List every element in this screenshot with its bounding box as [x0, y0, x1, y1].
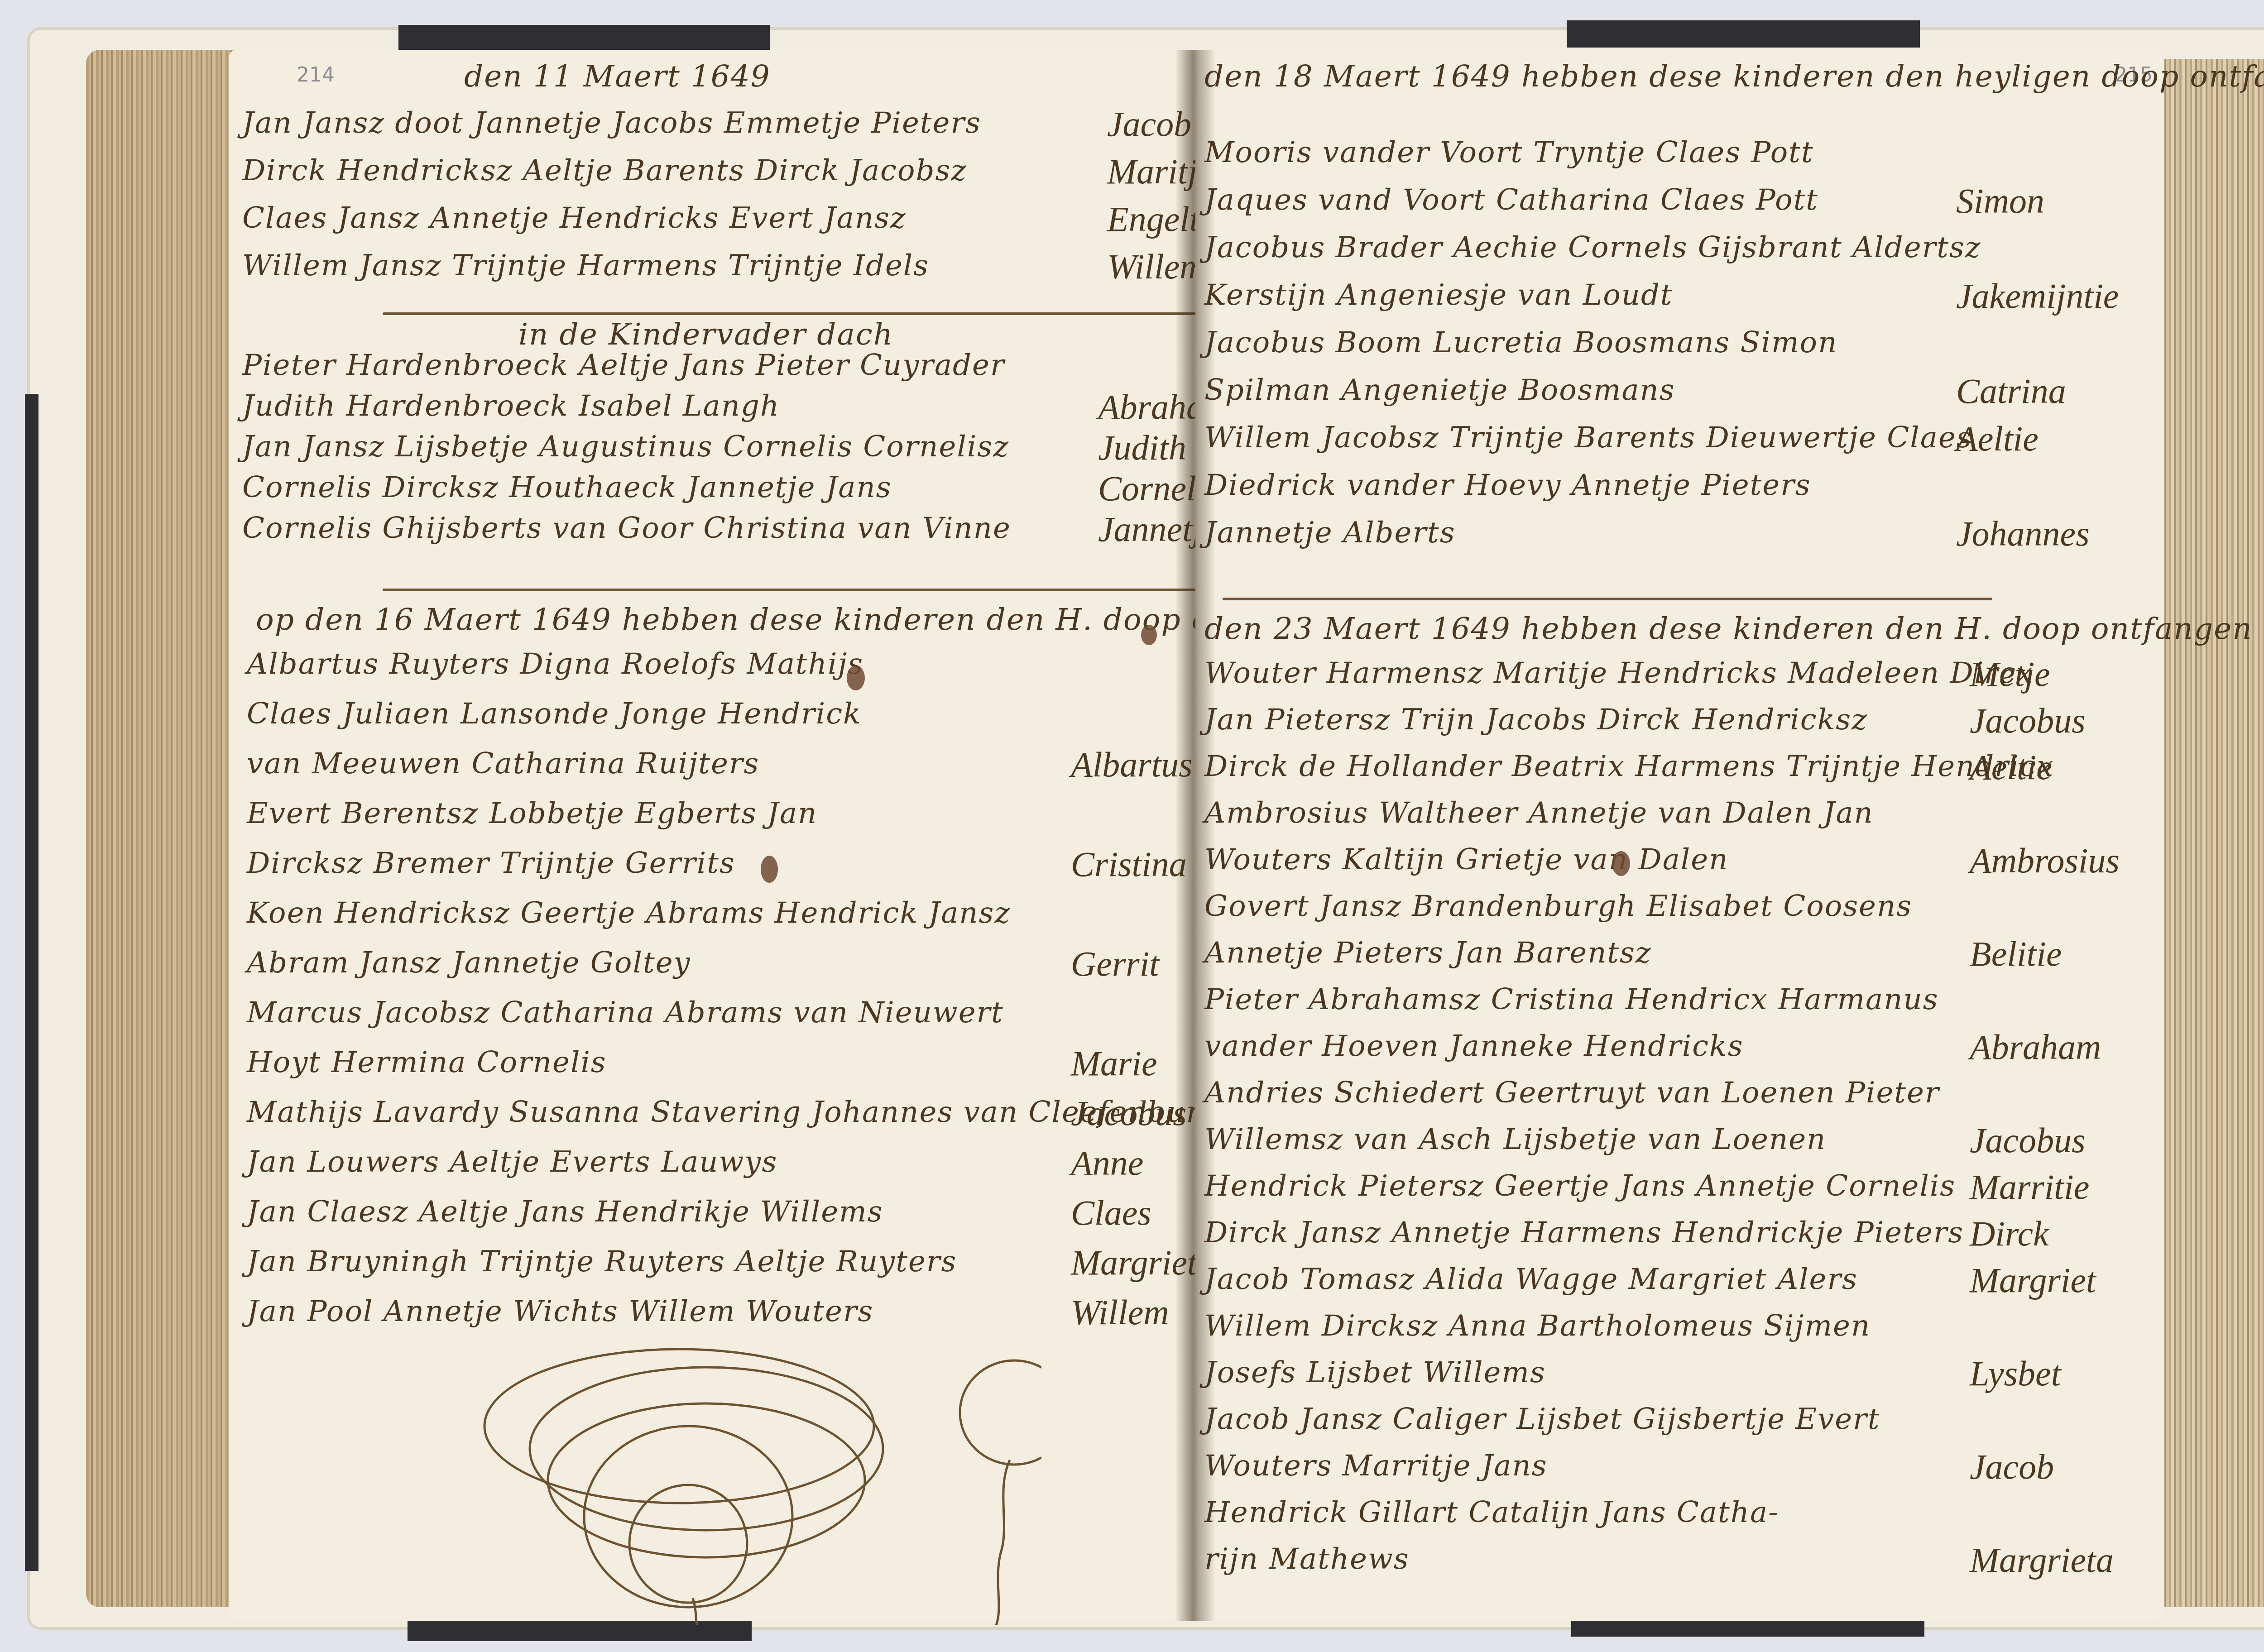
- baptismal-name: Metje: [1970, 654, 2050, 694]
- baptismal-name: Margrieta: [1970, 1540, 2114, 1580]
- register-entry: Jan Jansz Lijsbetje Augustinus Cornelis …: [242, 430, 1009, 464]
- section-date-header: den 23 Maert 1649 hebben dese kinderen d…: [1204, 611, 2253, 646]
- baptismal-name: Jacobus: [1970, 700, 2086, 741]
- register-entry: Jan Bruyningh Trijntje Ruyters Aeltje Ru…: [247, 1245, 957, 1279]
- register-entry: Willem Jacobsz Trijntje Barents Dieuwert…: [1204, 421, 1972, 455]
- register-entry: Jacobus Brader Aechie Cornels Gijsbrant …: [1204, 231, 1981, 264]
- register-entry: Evert Berentsz Lobbetje Egberts Jan: [247, 797, 817, 830]
- baptismal-name: Jacob: [1970, 1446, 2054, 1487]
- section-divider: [383, 589, 1198, 591]
- baptismal-name: Simon: [1956, 181, 2044, 221]
- register-entry: Jannetje Alberts: [1204, 516, 1456, 550]
- register-entry: Kerstijn Angeniesje van Loudt: [1204, 278, 1673, 312]
- baptismal-name: Belitie: [1970, 934, 2062, 974]
- register-entry: Willemsz van Asch Lijsbetje van Loenen: [1204, 1123, 1826, 1156]
- baptismal-name: Catrina: [1956, 371, 2066, 412]
- baptismal-name: Gerrit: [1071, 943, 1159, 984]
- register-entry: Koen Hendricksz Geertje Abrams Hendrick …: [247, 896, 1011, 930]
- pen-trial-spiral-doodle: [453, 1345, 1041, 1625]
- ink-stain: [761, 856, 778, 883]
- register-entry: Spilman Angenietje Boosmans: [1204, 373, 1675, 407]
- register-entry: Pieter Hardenbroeck Aeltje Jans Pieter C…: [242, 349, 1005, 382]
- baptismal-name: Marritie: [1970, 1167, 2089, 1207]
- baptismal-name: Marie: [1071, 1043, 1157, 1084]
- register-entry: Marcus Jacobsz Catharina Abrams van Nieu…: [247, 996, 1004, 1030]
- section-divider: [383, 312, 1198, 315]
- ink-stain: [1612, 851, 1630, 876]
- register-entry: Jan Pietersz Trijn Jacobs Dirck Hendrick…: [1204, 703, 1868, 737]
- baptismal-name: Lysbet: [1970, 1353, 2061, 1394]
- register-entry: Hoyt Hermina Cornelis: [247, 1046, 607, 1079]
- binding-strap-left-side: [25, 394, 38, 1571]
- baptismal-name: Willem: [1071, 1292, 1169, 1333]
- register-entry: Jacobus Boom Lucretia Boosmans Simon: [1204, 326, 1837, 359]
- binding-strap-top-left: [398, 25, 770, 52]
- page-number: 214: [297, 63, 335, 86]
- register-entry: Ambrosius Waltheer Annetje van Dalen Jan: [1204, 796, 1874, 830]
- register-entry: Mooris vander Voort Tryntje Claes Pott: [1204, 136, 1814, 169]
- register-entry: Dirck de Hollander Beatrix Harmens Trijn…: [1204, 750, 2054, 783]
- register-entry: Annetje Pieters Jan Barentsz: [1204, 936, 1652, 970]
- register-entry: Josefs Lijsbet Willems: [1204, 1356, 1546, 1389]
- baptismal-name: Aeltie: [1956, 418, 2039, 459]
- register-entry: Abram Jansz Jannetje Goltey: [247, 946, 691, 980]
- register-entry: Jacob Jansz Caliger Lijsbet Gijsbertje E…: [1204, 1403, 1880, 1436]
- register-entry: Pieter Abrahamsz Cristina Hendricx Harma…: [1204, 983, 1939, 1016]
- register-entry: Cornelis Dircksz Houthaeck Jannetje Jans: [242, 471, 892, 504]
- register-entry: Dircksz Bremer Trijntje Gerrits: [247, 847, 735, 880]
- section-date-header: den 18 Maert 1649 hebben dese kinderen d…: [1204, 59, 2264, 94]
- register-entry: Jaques vand Voort Catharina Claes Pott: [1204, 183, 1818, 217]
- register-entry: Wouters Kaltijn Grietje van Dalen: [1204, 843, 1728, 876]
- register-entry: Hendrick Pietersz Geertje Jans Annetje C…: [1204, 1169, 1956, 1203]
- page-edges-right: [2155, 59, 2264, 1607]
- register-entry: Govert Jansz Brandenburgh Elisabet Coose…: [1204, 890, 1912, 923]
- register-entry: Jan Louwers Aeltje Everts Lauwys: [247, 1145, 777, 1179]
- register-entry: Willem Dircksz Anna Bartholomeus Sijmen: [1204, 1309, 1871, 1343]
- section-date-header: den 11 Maert 1649: [464, 59, 771, 94]
- register-entry: Cornelis Ghijsberts van Goor Christina v…: [242, 512, 1011, 545]
- ink-stain: [1141, 625, 1157, 645]
- baptismal-name: Jacobus: [1970, 1120, 2086, 1161]
- register-entry: rijn Mathews: [1204, 1542, 1410, 1576]
- register-entry: Jan Jansz doot Jannetje Jacobs Emmetje P…: [242, 106, 981, 140]
- baptismal-name: Claes: [1071, 1192, 1151, 1233]
- register-entry: Dirck Jansz Annetje Harmens Hendrickje P…: [1204, 1216, 1964, 1250]
- baptismal-name: Albartus: [1071, 744, 1193, 785]
- baptismal-name: Judith: [1098, 427, 1186, 468]
- baptismal-name: Dirck: [1970, 1213, 2049, 1254]
- register-entry: Judith Hardenbroeck Isabel Langh: [242, 389, 780, 423]
- book-gutter: [1175, 50, 1216, 1621]
- register-entry: Wouters Marritje Jans: [1204, 1449, 1548, 1483]
- register-entry: vander Hoeven Janneke Hendricks: [1204, 1030, 1744, 1063]
- register-entry: Jan Claesz Aeltje Jans Hendrikje Willems: [247, 1195, 883, 1229]
- register-entry: Claes Jansz Annetje Hendricks Evert Jans…: [242, 201, 907, 235]
- register-entry: Claes Juliaen Lansonde Jonge Hendrick: [247, 697, 862, 731]
- baptismal-name: Abraham: [1970, 1027, 2101, 1068]
- baptismal-name: Johannes: [1956, 513, 2090, 554]
- baptismal-name: Anne: [1071, 1143, 1143, 1183]
- section-date-header: in de Kindervader dach: [518, 317, 893, 352]
- section-divider: [1223, 598, 1992, 600]
- register-entry: Hendrick Gillart Catalijn Jans Catha-: [1204, 1496, 1779, 1529]
- register-entry: Jacob Tomasz Alida Wagge Margriet Alers: [1204, 1263, 1858, 1296]
- ink-stain: [847, 666, 865, 690]
- register-entry: Diedrick vander Hoevy Annetje Pieters: [1204, 469, 1811, 502]
- baptismal-name: Jakemijntie: [1956, 276, 2119, 316]
- baptismal-name: Ambrosius: [1970, 840, 2120, 881]
- binding-strap-top-right: [1567, 20, 1920, 48]
- register-entry: Albartus Ruyters Digna Roelofs Mathijs: [247, 647, 863, 681]
- register-entry: Willem Jansz Trijntje Harmens Trijntje I…: [242, 249, 929, 283]
- register-entry: Wouter Harmensz Maritje Hendricks Madele…: [1204, 656, 2034, 690]
- register-entry: Andries Schiedert Geertruyt van Loenen P…: [1204, 1076, 1940, 1110]
- baptismal-name: Cristina: [1071, 844, 1187, 885]
- baptismal-name: Jacobus: [1071, 1093, 1187, 1134]
- baptismal-name: Margriet: [1970, 1260, 2096, 1301]
- register-entry: Jan Pool Annetje Wichts Willem Wouters: [247, 1295, 873, 1328]
- baptismal-name: Aeltie: [1970, 747, 2052, 788]
- page-edges-left: [86, 50, 235, 1607]
- right-page: 215 den 18 Maert 1649 hebben dese kinder…: [1195, 50, 2164, 1621]
- register-entry: Dirck Hendricksz Aeltje Barents Dirck Ja…: [242, 154, 967, 187]
- register-entry: van Meeuwen Catharina Ruijters: [247, 747, 759, 781]
